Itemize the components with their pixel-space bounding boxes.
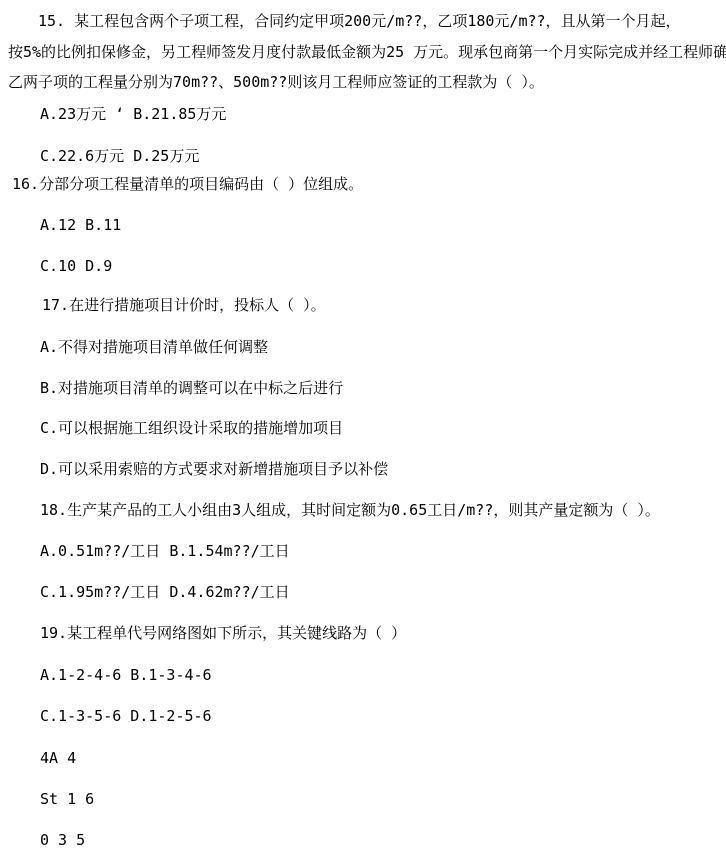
question-17-option-c: C.可以根据施工组织设计采取的措施增加项目: [40, 420, 343, 437]
question-15-stem-line-3: 乙两子项的工程量分别为70m??、500m??则该月工程师应签证的工程款为（ ）…: [8, 74, 544, 91]
question-15-options-cd: C.22.6万元 D.25万元: [40, 148, 199, 165]
question-15-options-ab: A.23万元 ‘ B.21.85万元: [40, 106, 226, 123]
question-17-option-b: B.对措施项目清单的调整可以在中标之后进行: [40, 380, 343, 397]
question-16-options-cd: C.10 D.9: [40, 258, 112, 275]
question-18-options-ab: A.0.51m??/工日 B.1.54m??/工日: [40, 543, 290, 560]
question-17-option-a: A.不得对措施项目清单做任何调整: [40, 339, 268, 356]
question-18-options-cd: C.1.95m??/工日 D.4.62m??/工日: [40, 584, 290, 601]
question-19-stem: 19.某工程单代号网络图如下所示，其关键线路为（ ）: [40, 625, 406, 642]
question-17-stem: 17.在进行措施项目计价时，投标人（ ）。: [42, 297, 326, 314]
question-15-stem-line-2: 按5%的比例扣保修金，另工程师签发月度付款最低金额为25 万元。现承包商第一个月…: [8, 44, 726, 61]
question-16-stem: 16.分部分项工程量清单的项目编码由（ ）位组成。: [12, 176, 363, 193]
question-18-stem: 18.生产某产品的工人小组由3人组成，其时间定额为0.65工日/m??，则其产量…: [40, 502, 660, 519]
question-19-options-cd: C.1-3-5-6 D.1-2-5-6: [40, 708, 212, 725]
question-19-options-ab: A.1-2-4-6 B.1-3-4-6: [40, 667, 212, 684]
question-19-diagram-fragment-1: 4A 4: [40, 750, 76, 767]
question-19-diagram-fragment-3: 0 3 5: [40, 832, 85, 849]
question-15-stem-line-1: 15. 某工程包含两个子项工程，合同约定甲项200元/m??，乙项180元/m?…: [38, 13, 681, 30]
exam-document-page: 15. 某工程包含两个子项工程，合同约定甲项200元/m??，乙项180元/m?…: [0, 0, 726, 854]
question-17-option-d: D.可以采用索赔的方式要求对新增措施项目予以补偿: [40, 461, 388, 478]
question-19-diagram-fragment-2: St 1 6: [40, 791, 94, 808]
question-16-options-ab: A.12 B.11: [40, 217, 121, 234]
